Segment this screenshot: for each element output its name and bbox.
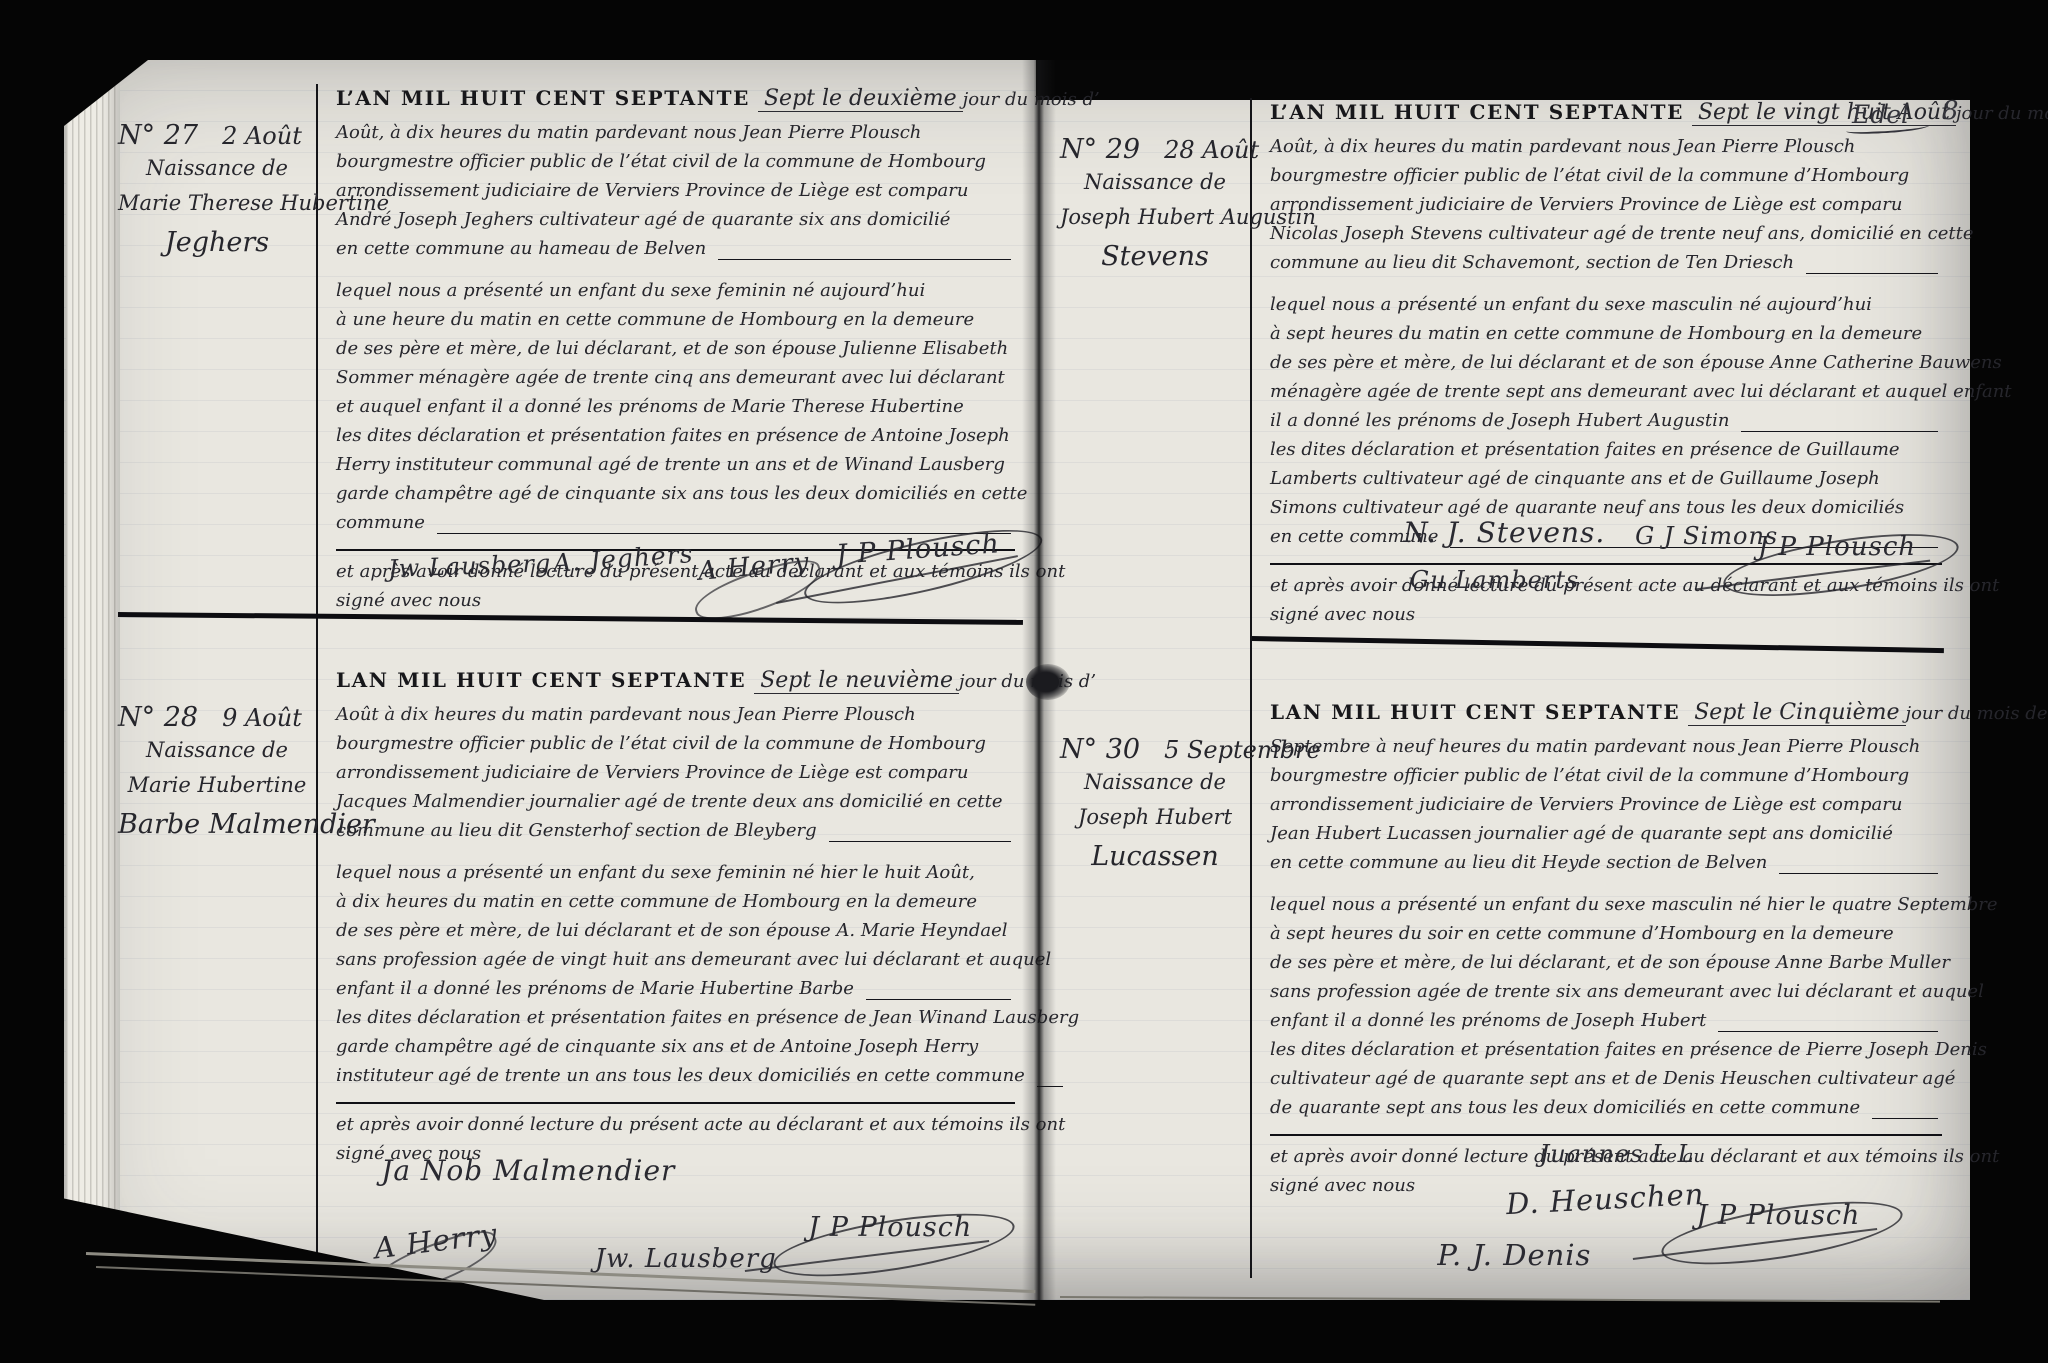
separator-rule xyxy=(336,1102,1015,1114)
act-text-line: et auquel enfant il a donné les prénoms … xyxy=(336,396,1015,425)
act-text-line: Jean Hubert Lucassen journalier agé de q… xyxy=(1270,823,1942,852)
margin-note-line: Marie Therese Hubertine xyxy=(118,186,316,221)
handwritten-text: enfant il a donné les prénoms de Joseph … xyxy=(1270,1010,1706,1031)
act-text-line: sans profession agée de trente six ans d… xyxy=(1270,981,1942,1010)
blank-fill-line xyxy=(1741,431,1938,432)
handwritten-text: en cette commune au hameau de Belven xyxy=(336,238,706,259)
signature: J P Plousch xyxy=(835,528,1001,570)
handwritten-text: lequel nous a présenté un enfant du sexe… xyxy=(1270,294,1872,315)
act-text-line: garde champêtre agé de cinquante six ans… xyxy=(336,483,1015,512)
handwritten-text: Herry instituteur communal agé de trente… xyxy=(336,454,1005,475)
margin-note: Naissance deMarie HubertineBarbe Malmend… xyxy=(118,733,316,847)
handwritten-text: Août, à dix heures du matin pardevant no… xyxy=(1270,136,1855,157)
handwritten-text: Septembre à neuf heures du matin pardeva… xyxy=(1270,736,1920,757)
act-date: 2 Août xyxy=(222,122,302,150)
paragraph-gap xyxy=(1270,881,1942,894)
act-date: 28 Août xyxy=(1164,136,1259,164)
handwritten-text: Août à dix heures du matin pardevant nou… xyxy=(336,704,916,725)
blank-fill-line xyxy=(718,259,1011,260)
signature: Gu Lamberts xyxy=(1410,566,1579,594)
handwritten-text: les dites déclaration et présentation fa… xyxy=(336,1007,1079,1028)
handwritten-text: en cette commune au lieu dit Heyde secti… xyxy=(1270,852,1767,873)
handwritten-text: de ses père et mère, de lui déclarant et… xyxy=(1270,352,2002,373)
handwritten-text: Sommer ménagère agée de trente cinq ans … xyxy=(336,367,1005,388)
page-stack-edges xyxy=(66,62,120,1294)
act-text-line: enfant il a donné les prénoms de Marie H… xyxy=(336,978,1015,1007)
handwritten-text: arrondissement judiciaire de Verviers Pr… xyxy=(1270,794,1902,815)
margin-note: Naissance deMarie Therese HubertineJeghe… xyxy=(118,151,316,265)
margin-note: Naissance deJoseph HubertLucassen xyxy=(1060,765,1250,879)
handwritten-text: bourgmestre officier public de l’état ci… xyxy=(1270,165,1909,186)
act-text-line: Sommer ménagère agée de trente cinq ans … xyxy=(336,367,1015,396)
act-number: N° 28 xyxy=(118,702,198,733)
handwritten-text: les dites déclaration et présentation fa… xyxy=(1270,1039,1987,1060)
act-opening-line: L’AN MIL HUIT CENT SEPTANTE Sept le ving… xyxy=(1270,100,1942,136)
margin-note-line: Joseph Hubert Augustin xyxy=(1060,200,1250,235)
act-text-line: arrondissement judiciaire de Verviers Pr… xyxy=(1270,194,1942,223)
printed-header: LAN MIL HUIT CENT SEPTANTE xyxy=(336,668,746,692)
act-text-line: les dites déclaration et présentation fa… xyxy=(336,425,1015,454)
handwritten-text: ménagère agée de trente sept ans demeura… xyxy=(1270,381,2012,402)
act-text-line: Août à dix heures du matin pardevant nou… xyxy=(336,704,1015,733)
handwritten-text: les dites déclaration et présentation fa… xyxy=(1270,439,1900,460)
signature: G J Simons xyxy=(1635,522,1778,550)
margin-annotation: N° 30 5 Septembre Naissance deJoseph Hub… xyxy=(1060,700,1250,879)
act-text-line: lequel nous a présenté un enfant du sexe… xyxy=(336,280,1015,309)
act-text-line: de ses père et mère, de lui déclarant, e… xyxy=(336,338,1015,367)
folio-page-number: 8 xyxy=(1942,96,1959,126)
handwritten-text: bourgmestre officier public de l’état ci… xyxy=(336,151,986,172)
signature: J P Plousch xyxy=(1696,1200,1860,1231)
blank-fill-line xyxy=(866,999,1011,1000)
margin-note-line: Stevens xyxy=(1060,235,1250,279)
handwritten-text: à sept heures du soir en cette commune d… xyxy=(1270,923,1894,944)
act-text-line: enfant il a donné les prénoms de Joseph … xyxy=(1270,1010,1942,1039)
act-text-line: à sept heures du soir en cette commune d… xyxy=(1270,923,1942,952)
act-opening-line: LAN MIL HUIT CENT SEPTANTE Sept le neuvi… xyxy=(336,668,1015,704)
act-text-line: les dites déclaration et présentation fa… xyxy=(336,1007,1015,1036)
folio-corner-note: Edel xyxy=(1852,100,1909,129)
act-text-line: lequel nous a présenté un enfant du sexe… xyxy=(336,862,1015,891)
margin-head: N° 27 2 Août xyxy=(118,120,316,151)
act-text-line: de ses père et mère, de lui déclarant et… xyxy=(336,920,1015,949)
handwritten-text: et après avoir donné lecture du présent … xyxy=(336,1114,1065,1135)
handwritten-text: Lamberts cultivateur agé de cinquante an… xyxy=(1270,468,1880,489)
act-text-line: garde champêtre agé de cinquante six ans… xyxy=(336,1036,1015,1065)
paragraph-gap xyxy=(336,267,1015,280)
act-text-line: cultivateur agé de quarante sept ans et … xyxy=(1270,1068,1942,1097)
margin-note-line: Barbe Malmendier xyxy=(118,803,316,847)
act-text-line: lequel nous a présenté un enfant du sexe… xyxy=(1270,294,1942,323)
margin-head: N° 30 5 Septembre xyxy=(1060,734,1250,765)
blank-fill-line xyxy=(829,841,1011,842)
handwritten-text: de ses père et mère, de lui déclarant, e… xyxy=(336,338,1008,359)
handwritten-insert: Sept le Cinquième xyxy=(1688,700,1905,726)
margin-note-line: Naissance de xyxy=(118,733,316,768)
printed-header: LAN MIL HUIT CENT SEPTANTE xyxy=(1270,700,1680,724)
act-text-line: de ses père et mère, de lui déclarant, e… xyxy=(1270,952,1942,981)
handwritten-text: arrondissement judiciaire de Verviers Pr… xyxy=(1270,194,1902,215)
act-text-line: de ses père et mère, de lui déclarant et… xyxy=(1270,352,1942,381)
signature: P. J. Denis xyxy=(1437,1238,1591,1272)
handwritten-text: André Joseph Jeghers cultivateur agé de … xyxy=(336,209,950,230)
act-text-line: André Joseph Jeghers cultivateur agé de … xyxy=(336,209,1015,238)
birth-act-30: N° 30 5 Septembre Naissance deJoseph Hub… xyxy=(1060,700,1950,1300)
birth-act-28: N° 28 9 Août Naissance deMarie Hubertine… xyxy=(118,668,1023,1295)
act-number: N° 30 xyxy=(1060,734,1140,765)
act-text-line: à sept heures du matin en cette commune … xyxy=(1270,323,1942,352)
act-text-line: ménagère agée de trente sept ans demeura… xyxy=(1270,381,1942,410)
act-text-line: arrondissement judiciaire de Verviers Pr… xyxy=(336,762,1015,791)
margin-note-line: Naissance de xyxy=(1060,165,1250,200)
margin-annotation: N° 29 28 Août Naissance deJoseph Hubert … xyxy=(1060,100,1250,279)
handwritten-text: Jacques Malmendier journalier agé de tre… xyxy=(336,791,1003,812)
handwritten-text: bourgmestre officier public de l’état ci… xyxy=(336,733,986,754)
margin-annotation: N° 27 2 Août Naissance deMarie Therese H… xyxy=(118,86,316,265)
signature: Juannes L L xyxy=(1540,1140,1695,1168)
handwritten-text: sans profession agée de vingt huit ans d… xyxy=(336,949,1051,970)
handwritten-text: commune au lieu dit Schavemont, section … xyxy=(1270,252,1794,273)
act-text-line: les dites déclaration et présentation fa… xyxy=(1270,1039,1942,1068)
signature-block: N. J. Stevens.G J SimonsGu LambertsJ P P… xyxy=(1260,508,1942,648)
act-text-line: commune au lieu dit Schavemont, section … xyxy=(1270,252,1942,281)
act-text-line: commune au lieu dit Gensterhof section d… xyxy=(336,820,1015,849)
act-number: N° 27 xyxy=(118,120,198,151)
margin-note-line: Naissance de xyxy=(1060,765,1250,800)
act-body: LAN MIL HUIT CENT SEPTANTE Sept le neuvi… xyxy=(316,668,1023,1172)
handwritten-text: Août, à dix heures du matin pardevant no… xyxy=(336,122,921,143)
handwritten-text: de ses père et mère, de lui déclarant, e… xyxy=(1270,952,1950,973)
handwritten-text: garde champêtre agé de cinquante six ans… xyxy=(336,1036,978,1057)
act-text-line: arrondissement judiciaire de Verviers Pr… xyxy=(1270,794,1942,823)
margin-note-line: Joseph Hubert xyxy=(1060,800,1250,835)
handwritten-text: commune au lieu dit Gensterhof section d… xyxy=(336,820,817,841)
act-opening-line: LAN MIL HUIT CENT SEPTANTE Sept le Cinqu… xyxy=(1270,700,1942,736)
act-text-line: Septembre à neuf heures du matin pardeva… xyxy=(1270,736,1942,765)
handwritten-text: lequel nous a présenté un enfant du sexe… xyxy=(336,280,925,301)
signature: A Herry xyxy=(373,1217,500,1266)
handwritten-insert: Sept le neuvième xyxy=(754,668,959,694)
act-text-line: bourgmestre officier public de l’état ci… xyxy=(336,733,1015,762)
scanned-register-photo: N° 27 2 Août Naissance deMarie Therese H… xyxy=(0,0,2048,1363)
handwritten-text: garde champêtre agé de cinquante six ans… xyxy=(336,483,1027,504)
act-text-line: Lamberts cultivateur agé de cinquante an… xyxy=(1270,468,1942,497)
scan-black-band xyxy=(1036,60,1970,100)
blank-fill-line xyxy=(1779,873,1938,874)
handwritten-text: instituteur agé de trente un ans tous le… xyxy=(336,1065,1025,1086)
act-text-line: à dix heures du matin en cette commune d… xyxy=(336,891,1015,920)
act-opening-line: L’AN MIL HUIT CENT SEPTANTE Sept le deux… xyxy=(336,86,1015,122)
printed-header: L’AN MIL HUIT CENT SEPTANTE xyxy=(336,86,750,110)
handwritten-tail: jour du mois de xyxy=(1906,703,2048,724)
signature: J P Plousch xyxy=(808,1212,972,1243)
margin-head: N° 29 28 Août xyxy=(1060,134,1250,165)
signature: N. J. Stevens. xyxy=(1403,516,1605,549)
act-text-line: bourgmestre officier public de l’état ci… xyxy=(336,151,1015,180)
act-text-line: instituteur agé de trente un ans tous le… xyxy=(336,1065,1015,1094)
printed-header: L’AN MIL HUIT CENT SEPTANTE xyxy=(1270,100,1684,124)
act-text-line: sans profession agée de vingt huit ans d… xyxy=(336,949,1015,978)
act-text-line: lequel nous a présenté un enfant du sexe… xyxy=(1270,894,1942,923)
signature-block: Jw LausbergA. JeghersA HerryJ P Plousch xyxy=(326,516,1015,646)
signature-block: Juannes L LD. HeuschenP. J. DenisJ P Plo… xyxy=(1260,1140,1942,1300)
act-text-line: Herry instituteur communal agé de trente… xyxy=(336,454,1015,483)
handwritten-text: sans profession agée de trente six ans d… xyxy=(1270,981,1984,1002)
handwritten-text: les dites déclaration et présentation fa… xyxy=(336,425,1010,446)
act-text-line: en cette commune au hameau de Belven xyxy=(336,238,1015,267)
blank-fill-line xyxy=(1806,273,1938,274)
handwritten-text: il a donné les prénoms de Joseph Hubert … xyxy=(1270,410,1729,431)
act-body: LAN MIL HUIT CENT SEPTANTE Sept le Cinqu… xyxy=(1250,700,1950,1204)
act-text-line: les dites déclaration et présentation fa… xyxy=(1270,439,1942,468)
handwritten-text: cultivateur agé de quarante sept ans et … xyxy=(1270,1068,1955,1089)
birth-act-29: N° 29 28 Août Naissance deJoseph Hubert … xyxy=(1060,100,1950,648)
handwritten-text: de quarante sept ans tous les deux domic… xyxy=(1270,1097,1860,1118)
act-text-line: Nicolas Joseph Stevens cultivateur agé d… xyxy=(1270,223,1942,252)
act-text-block: Septembre à neuf heures du matin pardeva… xyxy=(1270,736,1942,1204)
act-text-block: Août à dix heures du matin pardevant nou… xyxy=(336,704,1015,1172)
signature: Jw Lausberg xyxy=(388,549,552,583)
act-text-line: il a donné les prénoms de Joseph Hubert … xyxy=(1270,410,1942,439)
handwritten-text: bourgmestre officier public de l’état ci… xyxy=(1270,765,1909,786)
handwritten-text: et auquel enfant il a donné les prénoms … xyxy=(336,396,964,417)
handwritten-text: enfant il a donné les prénoms de Marie H… xyxy=(336,978,854,999)
handwritten-text: lequel nous a présenté un enfant du sexe… xyxy=(1270,894,1998,915)
signature-block: Ja Nob MalmendierA HerryJw. LausbergJ P … xyxy=(326,1150,1015,1295)
handwritten-text: Nicolas Joseph Stevens cultivateur agé d… xyxy=(1270,223,1974,244)
act-text-line: Août, à dix heures du matin pardevant no… xyxy=(1270,136,1942,165)
act-text-line: Août, à dix heures du matin pardevant no… xyxy=(336,122,1015,151)
handwritten-text: arrondissement judiciaire de Verviers Pr… xyxy=(336,762,968,783)
handwritten-tail: jour du mois d’ xyxy=(1956,103,2048,124)
signature: J P Plousch xyxy=(1758,532,1916,562)
handwritten-text: arrondissement judiciaire de Verviers Pr… xyxy=(336,180,968,201)
act-text-line: en cette commune au lieu dit Heyde secti… xyxy=(1270,852,1942,881)
act-date: 9 Août xyxy=(222,704,302,732)
paragraph-gap xyxy=(1270,281,1942,294)
blank-fill-line xyxy=(1872,1118,1938,1119)
act-text-line: Jacques Malmendier journalier agé de tre… xyxy=(336,791,1015,820)
handwritten-text: à dix heures du matin en cette commune d… xyxy=(336,891,977,912)
handwritten-text: Jean Hubert Lucassen journalier agé de q… xyxy=(1270,823,1893,844)
act-text-line: arrondissement judiciaire de Verviers Pr… xyxy=(336,180,1015,209)
margin-note-line: Jeghers xyxy=(118,221,316,265)
ink-blot xyxy=(1026,664,1070,700)
margin-note-line: Naissance de xyxy=(118,151,316,186)
signature: D. Heuschen xyxy=(1505,1177,1705,1221)
act-text-line: de quarante sept ans tous les deux domic… xyxy=(1270,1097,1942,1126)
act-number: N° 29 xyxy=(1060,134,1140,165)
signature: Ja Nob Malmendier xyxy=(381,1154,675,1187)
blank-fill-line xyxy=(1718,1031,1938,1032)
paragraph-gap xyxy=(336,849,1015,862)
handwritten-text: à sept heures du matin en cette commune … xyxy=(1270,323,1922,344)
handwritten-text: lequel nous a présenté un enfant du sexe… xyxy=(336,862,975,883)
handwritten-insert: Sept le deuxième xyxy=(758,86,963,112)
act-text-line: bourgmestre officier public de l’état ci… xyxy=(1270,765,1942,794)
handwritten-text: de ses père et mère, de lui déclarant et… xyxy=(336,920,1008,941)
signature: A Herry xyxy=(697,547,811,587)
margin-annotation: N° 28 9 Août Naissance deMarie Hubertine… xyxy=(118,668,316,847)
act-text-line: à une heure du matin en cette commune de… xyxy=(336,309,1015,338)
margin-head: N° 28 9 Août xyxy=(118,702,316,733)
margin-note: Naissance deJoseph Hubert AugustinSteven… xyxy=(1060,165,1250,279)
margin-note-line: Marie Hubertine xyxy=(118,768,316,803)
handwritten-text: à une heure du matin en cette commune de… xyxy=(336,309,974,330)
margin-note-line: Lucassen xyxy=(1060,835,1250,879)
signature: A. Jeghers xyxy=(553,539,695,578)
birth-act-27: N° 27 2 Août Naissance deMarie Therese H… xyxy=(118,86,1023,648)
act-text-line: et après avoir donné lecture du présent … xyxy=(336,1114,1015,1143)
act-text-line: bourgmestre officier public de l’état ci… xyxy=(1270,165,1942,194)
